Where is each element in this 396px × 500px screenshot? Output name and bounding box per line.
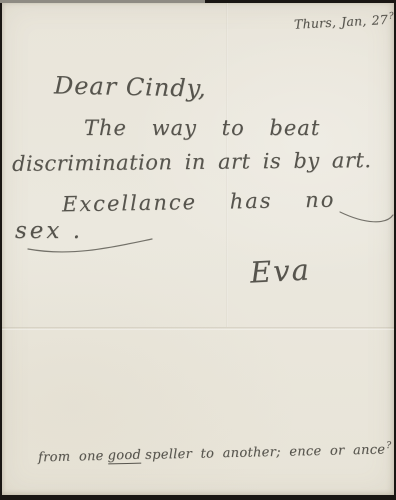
- letter-date: Thurs, Jan, 27?: [294, 11, 395, 31]
- postscript-question-mark: ?: [386, 440, 392, 451]
- postscript-after: speller to another; ence or ance: [145, 442, 386, 462]
- postscript-underlined-word: good: [107, 448, 141, 465]
- letter-signature: Eva: [249, 252, 312, 289]
- letter-body-line: sex .: [15, 218, 83, 244]
- scan-background: Thurs, Jan, 27? Dear Cindy, The way to b…: [0, 0, 396, 500]
- letter-date-text: Thurs, Jan, 27: [294, 12, 389, 32]
- letter-body-line: The way to beat: [84, 116, 320, 140]
- letter-salutation: Dear Cindy,: [54, 71, 207, 102]
- fold-crease-horizontal: [2, 327, 394, 330]
- letter-body-line: discrimination in art is by art.: [12, 148, 372, 176]
- letter-paper: Thurs, Jan, 27? Dear Cindy, The way to b…: [2, 3, 394, 495]
- letter-body-line: Excellance has no: [62, 188, 336, 217]
- letter-postscript: from onegoodspeller to another; ence or …: [38, 440, 392, 465]
- postscript-before: from one: [38, 449, 104, 465]
- date-question-mark: ?: [388, 11, 394, 21]
